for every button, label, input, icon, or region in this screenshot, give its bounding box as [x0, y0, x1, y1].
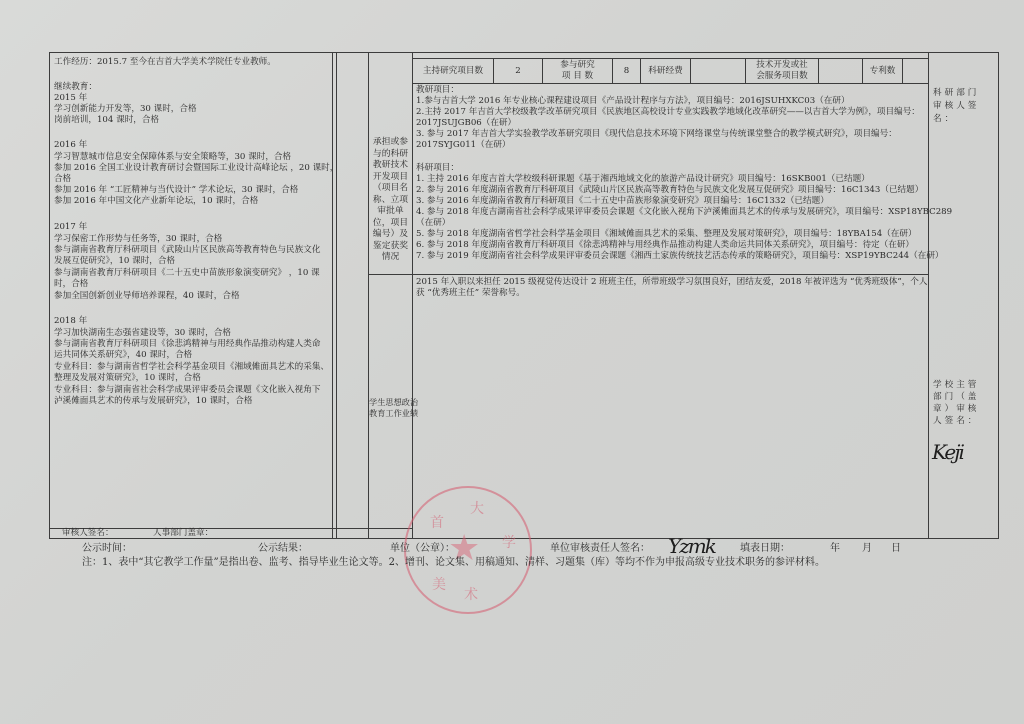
date-month-label: 月	[862, 542, 872, 555]
publicity-result-label: 公示结果：	[258, 542, 308, 555]
edu-line: 合格	[54, 174, 71, 185]
counts-row-bottom	[412, 83, 928, 84]
teaching-project: 2017JSUJGB06（在研）	[416, 118, 516, 129]
teaching-projects-title: 教研项目：	[416, 85, 459, 96]
edu-line: 岗前培训，104 课时，合格	[54, 115, 159, 126]
participate-count-label: 参与研究	[543, 60, 612, 71]
edu-line: 参加全国创新创业导师培养课程，40 课时，合格	[54, 291, 240, 302]
fill-date-label: 填表日期：	[740, 542, 790, 555]
publicity-time-label: 公示时间：	[82, 542, 132, 555]
science-project: 1. 主持 2016 年度吉首大学校级科研课题《基于湘西地域文化的旅游产品设计研…	[416, 174, 870, 185]
edu-line: 学习加快湖南生态强省建设等，30 课时，合格	[54, 328, 231, 339]
edu-line: 参加 2016 年 “工匠精神与当代设计” 学术论坛，30 课时，合格	[54, 185, 298, 196]
counts-sep	[690, 58, 691, 83]
edu-line: 发展互促研究》，10 课时，合格	[54, 256, 175, 267]
hr-stamp-label: 人事部门盖章：	[153, 528, 213, 539]
left-panel-divider	[332, 52, 333, 538]
school-dept-signature: Keji	[932, 440, 963, 464]
edu-line: 参与湖南省教育厅科研项目《二十五史中苗族形象演变研究》 ，10 课	[54, 268, 320, 279]
edu-line: 学习创新能力开发等，30 课时，合格	[54, 104, 197, 115]
edu-line: 学习保密工作形势与任务等，30 课时，合格	[54, 234, 222, 245]
edu-line: 运共同体关系研究》，40 课时，合格	[54, 350, 192, 361]
teaching-project: 1.参与吉首大学 2016 年专业核心课程建设项目《产品设计程序与方法》，项目编…	[416, 96, 850, 107]
science-projects-title: 科研项目：	[416, 163, 459, 174]
seal-char: 美	[432, 574, 446, 594]
host-count-label: 主持研究项目数	[413, 66, 493, 77]
edu-line: 参与湖南省教育厅科研项目《徐悲鸿精神与用经典作品推动构建人类命	[54, 339, 320, 350]
table-top-border	[49, 52, 999, 53]
edu-line: 参加 2016 年中国文化产业新年论坛，10 课时，合格	[54, 196, 258, 207]
science-project: 5. 参与 2018 年度湖南省哲学社会科学基金项目《湘域傩面具艺术的采集、整理…	[416, 229, 917, 240]
science-project: 3. 参与 2016 年度湖南省教育厅科研项目《二十五史中苗族形象演变研究》项目…	[416, 196, 829, 207]
seal-char: 学	[502, 532, 516, 552]
left-panel-divider-inner	[336, 52, 337, 538]
host-count-value: 2	[494, 66, 542, 77]
participate-count-value: 8	[613, 66, 640, 77]
edu-line: 参与湖南省教育厅科研项目《武陵山片区民族高等教育特色与民族文化	[54, 245, 320, 256]
research-row-label: 承担或参与的科研教研技术开发项目（项目名称、立项审批单位，项目编号）及鉴定获奖情…	[370, 137, 411, 264]
unit-reviewer-signature: Yzmk	[668, 534, 715, 558]
date-day-label: 日	[891, 542, 901, 555]
science-project: （在研）	[416, 218, 450, 229]
research-dept-signature-label: 科研部门审核人签名：	[933, 87, 989, 126]
ideology-row-label-2: 教育工作业绩	[369, 408, 412, 419]
counts-row-top	[412, 58, 928, 59]
edu-line: 时，合格	[54, 279, 88, 290]
edu-line: 参加 2016 全国工业设计教育研讨会暨国际工业设计高峰论坛 ，20 课时，	[54, 163, 338, 174]
work-history: 工作经历：2015.7 至今在吉首大学美术学院任专业教师。	[54, 57, 276, 68]
funding-label: 科研经费	[641, 66, 690, 77]
tech-dev-label: 技术开发或社	[746, 60, 818, 71]
school-dept-signature-label: 学校主管部门（盖章）审核人签名：	[933, 379, 989, 427]
edu-line: 泸溪傩面具艺术的传承与发展研究》，10 课时，合格	[54, 396, 252, 407]
unit-reviewer-label: 单位审核责任人签名：	[550, 542, 650, 555]
table-right-border	[998, 52, 999, 538]
seal-char: 首	[430, 512, 444, 532]
year-heading: 2018 年	[54, 316, 87, 327]
continuing-education-title: 继续教育：	[54, 82, 97, 93]
seal-char: 术	[464, 584, 478, 604]
patent-label: 专利数	[863, 66, 902, 77]
footnote: 注：1、表中“其它教学工作量”是指出卷、监考、指导毕业生论文等。2、增刊、论文集…	[82, 556, 825, 569]
edu-line: 专业科目：参与湖南省哲学社会科学基金项目《湘域傩面具艺术的采集、	[54, 362, 329, 373]
counts-sep	[902, 58, 903, 83]
participate-count-label-2: 项 目 数	[543, 71, 612, 82]
unit-seal-label: 单位（公章）：	[390, 542, 455, 555]
reviewer-signature-label: 审核人签名：	[62, 528, 114, 539]
year-heading: 2017 年	[54, 222, 87, 233]
date-year-label: 年	[830, 542, 840, 555]
teaching-project: 3. 参与 2017 年吉首大学实验教学改革研究项目《现代信息技术环境下网络课堂…	[416, 129, 897, 140]
teaching-project: 2.主持 2017 年吉首大学校级教学改革研究项目《民族地区高校设计专业实践教学…	[416, 107, 920, 118]
label-col-right	[412, 52, 413, 538]
science-project: 7. 参与 2019 年度湖南省社会科学成果评审委员会课题《湘西土家族传统技艺活…	[416, 251, 944, 262]
year-heading: 2015 年	[54, 93, 87, 104]
table-left-border	[49, 52, 50, 538]
edu-line: 专业科目：参与湖南省社会科学成果评审委员会课题《文化嵌入视角下	[54, 385, 320, 396]
research-row-bottom	[368, 274, 928, 275]
label-col-left	[368, 52, 369, 538]
science-project: 6. 参与 2018 年度湖南省教育厅科研项目《徐悲鸿精神与用经典作品推动构建人…	[416, 240, 914, 251]
edu-line: 整理及发展对策研究》，10 课时，合格	[54, 373, 201, 384]
ideology-text: 2015 年入职以来担任 2015 级视觉传达设计 2 班班主任，所带班级学习氛…	[416, 277, 928, 288]
year-heading: 2016 年	[54, 140, 87, 151]
science-project: 2. 参与 2016 年度湖南省教育厅科研项目《武陵山片区民族高等教育特色与民族…	[416, 185, 923, 196]
science-project: 4. 参与 2018 年度吉湖南省社会科学成果评审委员会课题《文化嵌入视角下泸溪…	[416, 207, 952, 218]
ideology-row-label: 学生思想政治	[369, 397, 412, 408]
teaching-project: 2017SYJG011（在研）	[416, 140, 511, 151]
ideology-text-2: 获 “优秀班主任” 荣誉称号。	[416, 288, 525, 299]
right-col-divider	[928, 52, 929, 538]
seal-char: 大	[470, 498, 484, 518]
evaluation-form: 工作经历：2015.7 至今在吉首大学美术学院任专业教师。 继续教育： 2015…	[0, 0, 1024, 724]
tech-dev-label-2: 会服务项目数	[746, 71, 818, 82]
counts-sep	[818, 58, 819, 83]
edu-line: 学习智慧城市信息安全保障体系与安全策略等，30 课时，合格	[54, 152, 291, 163]
